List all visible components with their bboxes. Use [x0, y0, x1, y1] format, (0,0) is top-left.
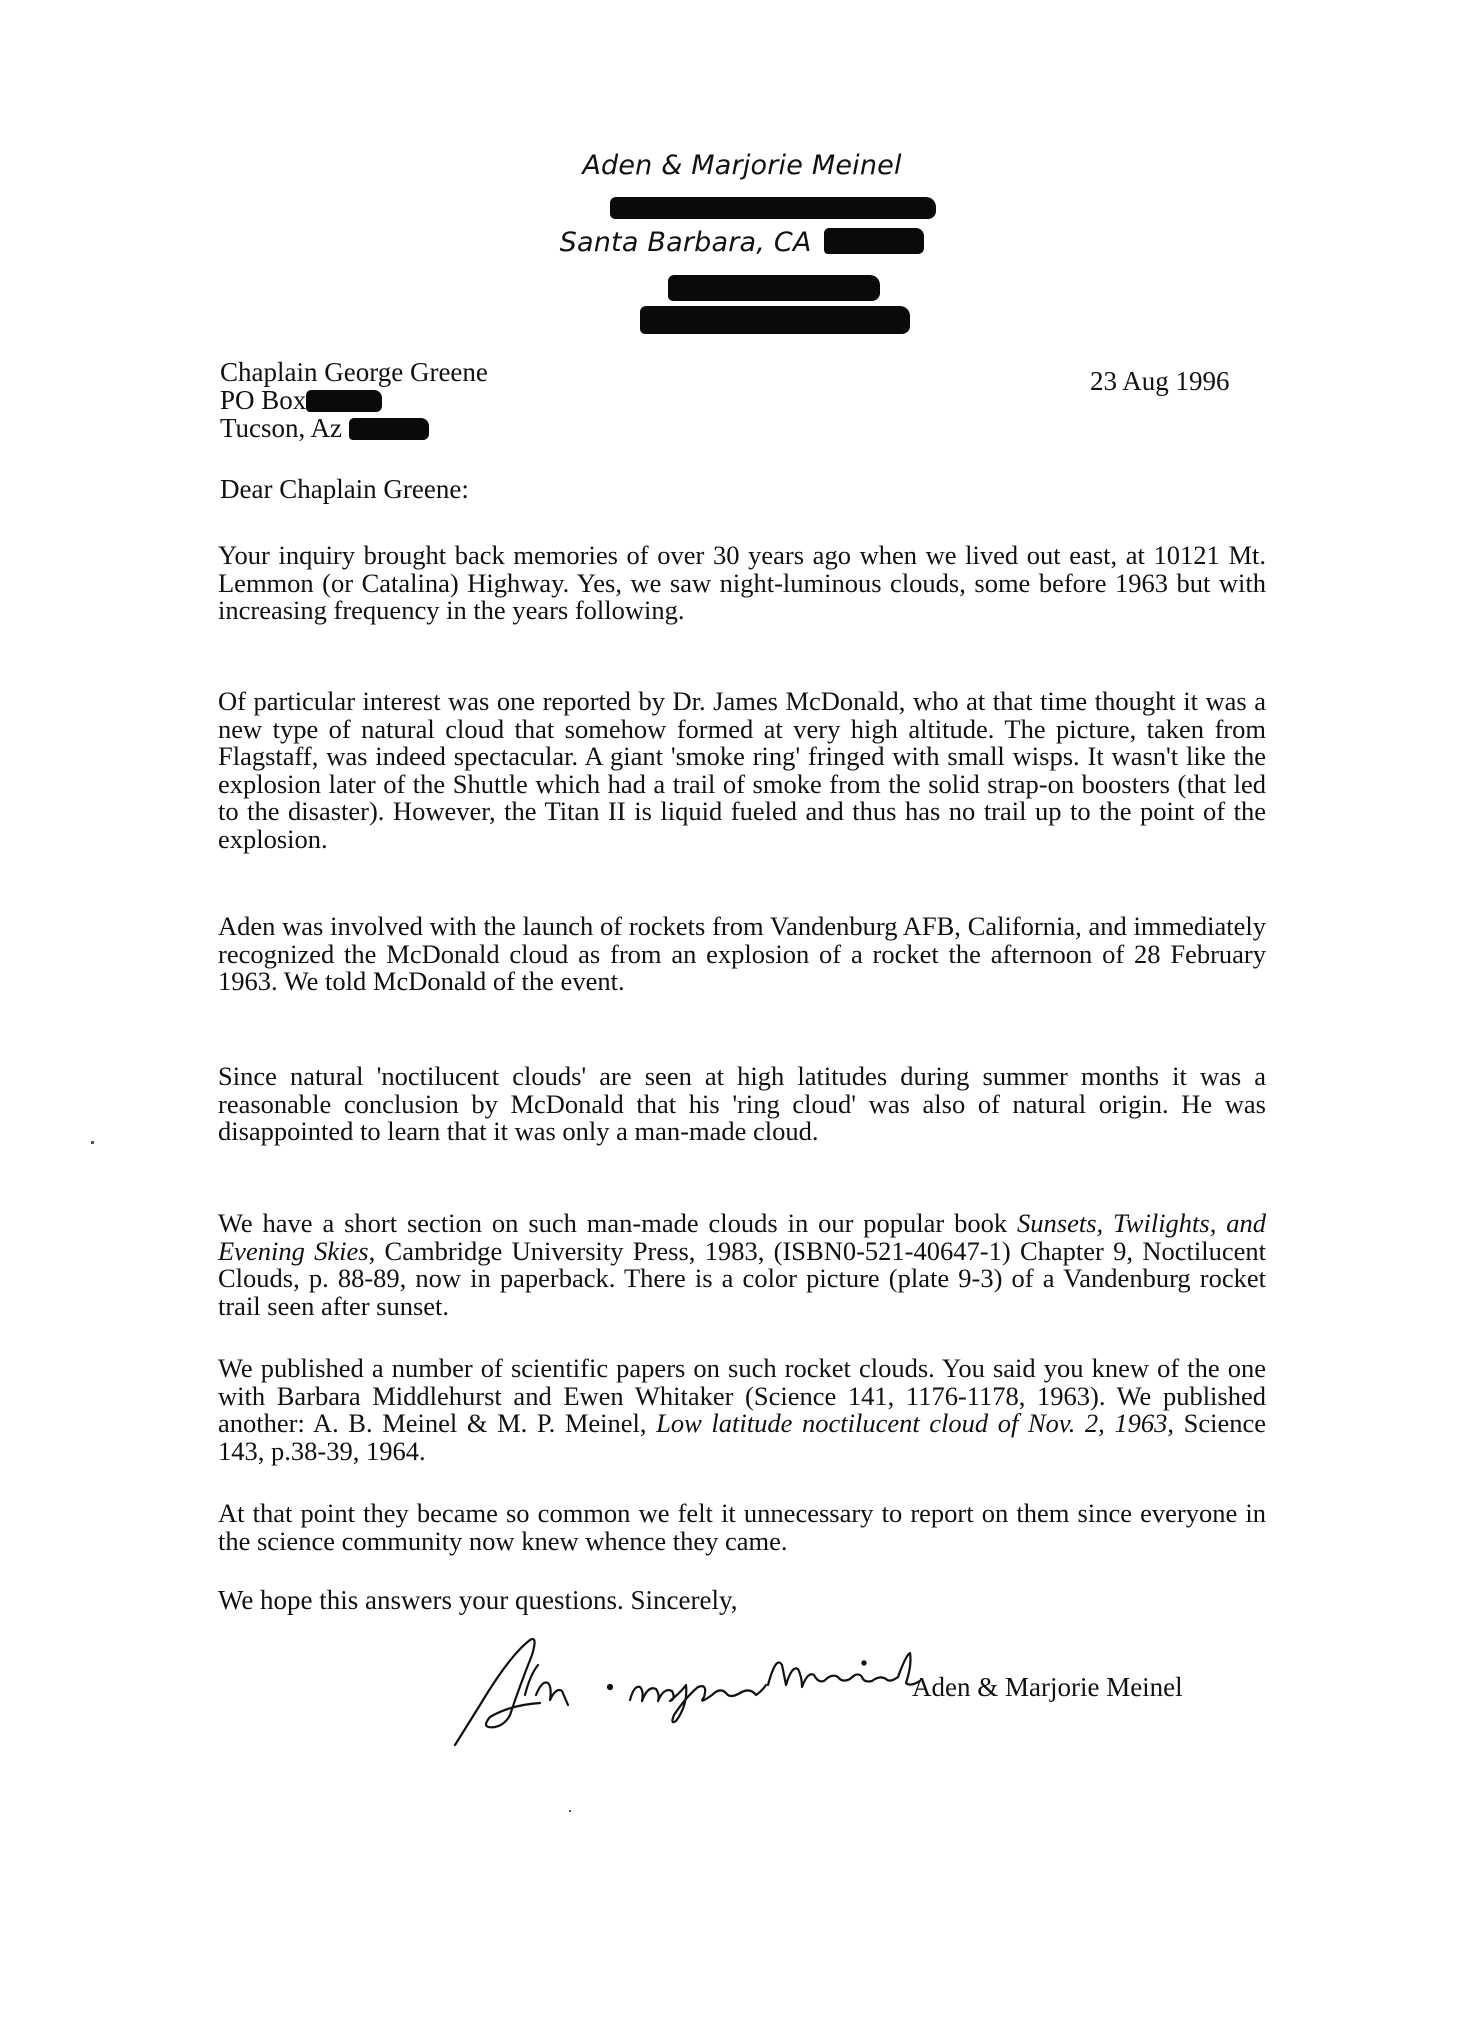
paragraph-5: We have a short section on such man-made…	[218, 1210, 1266, 1320]
redacted-po-box-number	[306, 390, 382, 412]
letter-date: 23 Aug 1996	[1090, 366, 1230, 397]
paper-title: Low latitude noctilucent cloud of Nov. 2…	[656, 1408, 1167, 1438]
scan-speck	[91, 1141, 94, 1144]
po-box-label: PO Box	[220, 385, 306, 415]
paragraph-7: At that point they became so common we f…	[218, 1500, 1266, 1555]
closing: We hope this answers your questions. Sin…	[218, 1585, 737, 1616]
redacted-fax	[640, 306, 910, 334]
recipient-city-state: Tucson, Az	[220, 414, 488, 442]
scan-speck	[569, 1810, 571, 1812]
paragraph-1: Your inquiry brought back memories of ov…	[218, 542, 1266, 625]
recipient-name: Chaplain George Greene	[220, 358, 488, 386]
paragraph-2: Of particular interest was one reported …	[218, 688, 1266, 853]
paragraph-6: We published a number of scientific pape…	[218, 1355, 1266, 1465]
p5-text-after: Cambridge University Press, 1983, (ISBN0…	[218, 1236, 1266, 1321]
city-state-label: Tucson, Az	[220, 413, 342, 443]
redacted-phone	[668, 275, 880, 301]
recipient-address: Chaplain George Greene PO Box Tucson, Az	[220, 358, 488, 442]
paragraph-4: Since natural 'noctilucent clouds' are s…	[218, 1063, 1266, 1146]
recipient-po-box: PO Box	[220, 386, 488, 414]
letterhead-city-state: Santa Barbara, CA	[0, 227, 1484, 258]
salutation: Dear Chaplain Greene:	[220, 474, 469, 505]
p5-text-before: We have a short section on such man-made…	[218, 1208, 1017, 1238]
redacted-recipient-zip	[349, 418, 429, 440]
redacted-street-address	[610, 197, 936, 219]
redacted-zip	[824, 228, 924, 254]
paragraph-3: Aden was involved with the launch of roc…	[218, 913, 1266, 996]
typed-signature-name: Aden & Marjorie Meinel	[912, 1672, 1183, 1703]
letterhead-city-state-text: Santa Barbara, CA	[560, 227, 812, 258]
letterhead-names: Aden & Marjorie Meinel	[0, 150, 1484, 181]
